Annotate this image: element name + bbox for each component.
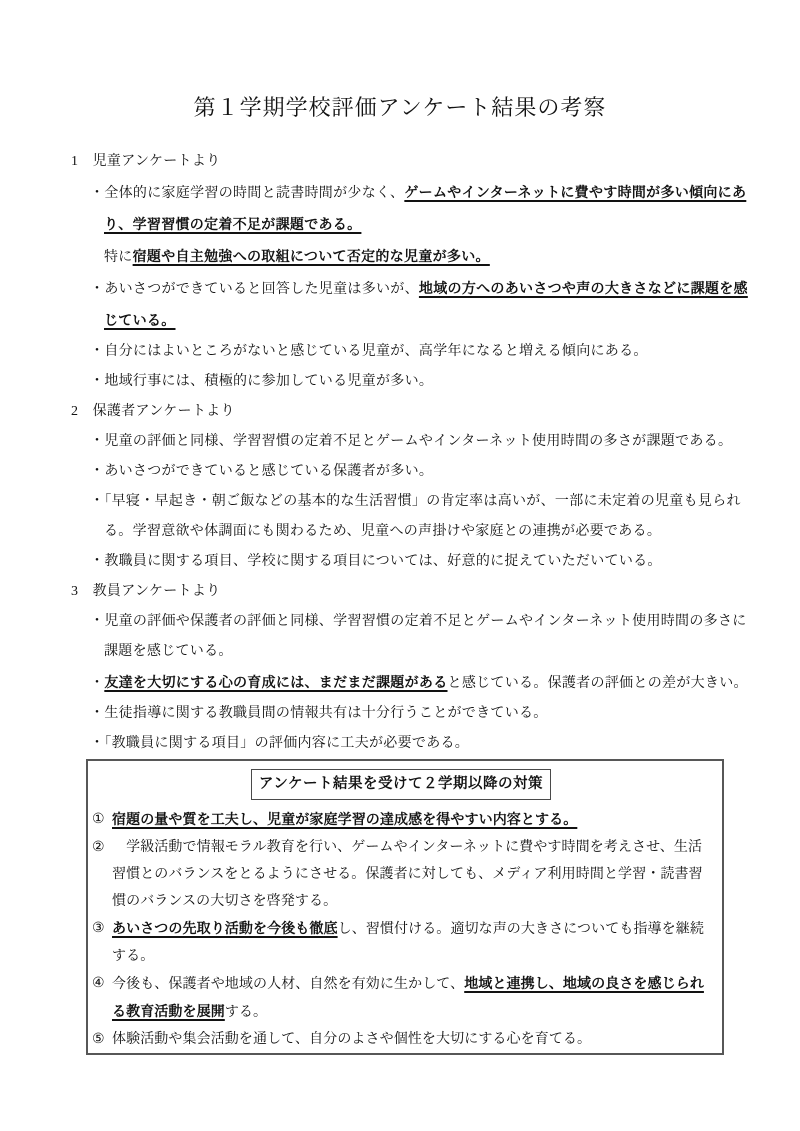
- body-text: 児童の評価や保護者の評価と同様、学習習慣の定着不足とゲームやインターネット使用時…: [104, 614, 747, 659]
- body-text: と感じている。保護者の評価との差が大きい。: [448, 676, 748, 691]
- document-title: 第１学期学校評価アンケート結果の考察: [0, 90, 800, 126]
- measure-item-number: ⑤: [90, 1026, 112, 1053]
- body-text: 生徒指導に関する教職員間の情報共有は十分行うことができている。: [104, 706, 547, 721]
- measure-item-number: ②: [90, 834, 112, 915]
- bullet-paragraph: ・友達を大切にする心の育成には、まだまだ課題があると感じている。保護者の評価との…: [71, 667, 750, 699]
- bullet-marker: ・: [90, 736, 104, 751]
- measures-box: アンケート結果を受けて２学期以降の対策 ①宿題の量や質を工夫し、児童が家庭学習の…: [86, 759, 724, 1055]
- measure-item-text: あいさつの先取り活動を今後も徹底し、習慣付ける。適切な声の大きさについても指導を…: [112, 915, 712, 970]
- bullet-marker: ・: [90, 554, 104, 569]
- measures-box-title: アンケート結果を受けて２学期以降の対策: [251, 769, 551, 800]
- measure-item: ④ 今後も、保護者や地域の人材、自然を有効に生かして、地域と連携し、地域の良さを…: [90, 970, 712, 1026]
- bullet-paragraph: ・自分にはよいところがないと感じている児童が、高学年になると増える傾向にある。: [71, 337, 750, 367]
- bullet-marker: ・: [90, 464, 104, 479]
- bullet-paragraph: ・「早寝・早起き・朝ご飯などの基本的な生活習慣」の肯定率は高いが、一部に未定着の…: [71, 487, 750, 547]
- measure-item-text: 宿題の量や質を工夫し、児童が家庭学習の達成感を得やすい内容とする。: [112, 806, 712, 834]
- emphasized-text: あいさつの先取り活動を今後も徹底: [112, 920, 338, 936]
- document-page: 第１学期学校評価アンケート結果の考察 1 児童アンケートより・全体的に家庭学習の…: [0, 90, 800, 1055]
- bullet-paragraph: ・あいさつができていると感じている保護者が多い。: [71, 457, 750, 487]
- bullet-paragraph: ・全体的に家庭学習の時間と読書時間が少なく、ゲームやインターネットに費やす時間が…: [71, 177, 750, 241]
- bullet-paragraph: ・児童の評価と同様、学習習慣の定着不足とゲームやインターネット使用時間の多さが課…: [71, 427, 750, 457]
- body-text: 今後も、保護者や地域の人材、自然を有効に生かして、: [112, 977, 464, 992]
- measure-item: ② 学級活動で情報モラル教育を行い、ゲームやインターネットに費やす時間を考えさせ…: [90, 834, 712, 915]
- emphasized-text: 宿題の量や質を工夫し、児童が家庭学習の達成感を得やすい内容とする。: [112, 811, 577, 827]
- section: 3 教員アンケートより・児童の評価や保護者の評価と同様、学習習慣の定着不足とゲー…: [71, 577, 750, 759]
- emphasized-text: 宿題や自主勉強への取組について否定的な児童が多い。: [133, 248, 490, 264]
- bullet-marker: ・: [90, 344, 104, 359]
- measures-items: ①宿題の量や質を工夫し、児童が家庭学習の達成感を得やすい内容とする。② 学級活動…: [90, 806, 712, 1053]
- body-text: あいさつができていると回答した児童は多いが、: [104, 282, 419, 297]
- sections-container: 1 児童アンケートより・全体的に家庭学習の時間と読書時間が少なく、ゲームやインタ…: [71, 147, 750, 759]
- bullet-paragraph: ・生徒指導に関する教職員間の情報共有は十分行うことができている。: [71, 699, 750, 729]
- section-heading: 3 教員アンケートより: [71, 577, 750, 607]
- measures-box-title-row: アンケート結果を受けて２学期以降の対策: [90, 769, 712, 803]
- body-text: 体験活動や集会活動を通して、自分のよさや個性を大切にする心を育てる。: [112, 1032, 591, 1047]
- bullet-marker: ・: [90, 186, 104, 201]
- emphasized-text: 友達を大切にする心の育成には、まだまだ課題がある: [104, 674, 447, 690]
- measure-item-text: 今後も、保護者や地域の人材、自然を有効に生かして、地域と連携し、地域の良さを感じ…: [112, 970, 712, 1026]
- measure-item: ⑤ 体験活動や集会活動を通して、自分のよさや個性を大切にする心を育てる。: [90, 1026, 712, 1053]
- section: 1 児童アンケートより・全体的に家庭学習の時間と読書時間が少なく、ゲームやインタ…: [71, 147, 750, 397]
- body-text: 特に: [104, 250, 133, 265]
- measure-item-text: 学級活動で情報モラル教育を行い、ゲームやインターネットに費やす時間を考えさせ、生…: [112, 834, 712, 915]
- body-text: する。: [225, 1005, 267, 1020]
- body-text: 地域行事には、積極的に参加している児童が多い。: [104, 374, 433, 389]
- section: 2 保護者アンケートより・児童の評価と同様、学習習慣の定着不足とゲームやインター…: [71, 397, 750, 577]
- measure-item-text: 体験活動や集会活動を通して、自分のよさや個性を大切にする心を育てる。: [112, 1026, 712, 1053]
- bullet-marker: ・: [90, 374, 104, 389]
- bullet-paragraph: ・地域行事には、積極的に参加している児童が多い。: [71, 367, 750, 397]
- body-text: 児童の評価と同様、学習習慣の定着不足とゲームやインターネット使用時間の多さが課題…: [104, 434, 732, 449]
- bullet-paragraph: ・教職員に関する項目、学校に関する項目については、好意的に捉えていただいている。: [71, 547, 750, 577]
- bullet-paragraph: ・「教職員に関する項目」の評価内容に工夫が必要である。: [71, 729, 750, 759]
- measure-item-number: ③: [90, 915, 112, 970]
- bullet-marker: ・: [90, 282, 104, 297]
- section-heading: 2 保護者アンケートより: [71, 397, 750, 427]
- bullet-marker: ・: [90, 434, 104, 449]
- section-heading: 1 児童アンケートより: [71, 147, 750, 177]
- body-text: 「教職員に関する項目」の評価内容に工夫が必要である。: [104, 736, 469, 751]
- body-text: 「早寝・早起き・朝ご飯などの基本的な生活習慣」の肯定率は高いが、一部に未定着の児…: [104, 494, 741, 539]
- body-text: 教職員に関する項目、学校に関する項目については、好意的に捉えていただいている。: [104, 554, 661, 569]
- measure-item: ③あいさつの先取り活動を今後も徹底し、習慣付ける。適切な声の大きさについても指導…: [90, 915, 712, 970]
- bullet-marker: ・: [90, 676, 104, 691]
- body-text: 全体的に家庭学習の時間と読書時間が少なく、: [104, 186, 404, 201]
- body-text: 学級活動で情報モラル教育を行い、ゲームやインターネットに費やす時間を考えさせ、生…: [112, 840, 703, 909]
- measure-item: ①宿題の量や質を工夫し、児童が家庭学習の達成感を得やすい内容とする。: [90, 806, 712, 834]
- continuation-paragraph: 特に宿題や自主勉強への取組について否定的な児童が多い。: [71, 241, 750, 273]
- measure-item-number: ④: [90, 970, 112, 1026]
- bullet-marker: ・: [90, 494, 104, 509]
- body-text: あいさつができていると感じている保護者が多い。: [104, 464, 433, 479]
- bullet-paragraph: ・あいさつができていると回答した児童は多いが、地域の方へのあいさつや声の大きさな…: [71, 273, 750, 337]
- bullet-marker: ・: [90, 706, 104, 721]
- body-text: 自分にはよいところがないと感じている児童が、高学年になると増える傾向にある。: [104, 344, 647, 359]
- bullet-paragraph: ・児童の評価や保護者の評価と同様、学習習慣の定着不足とゲームやインターネット使用…: [71, 607, 750, 667]
- measure-item-number: ①: [90, 806, 112, 834]
- bullet-marker: ・: [90, 614, 104, 629]
